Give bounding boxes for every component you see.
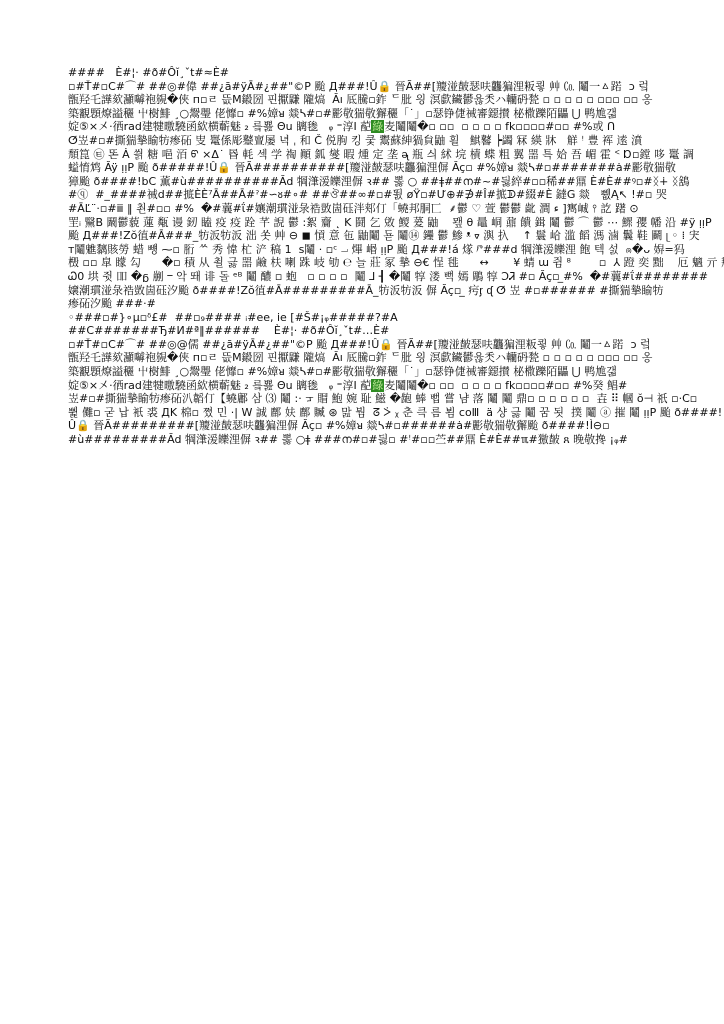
text-line: #### È#¦· #ð#Ôĭ¸ˇt#≈È# [68,66,724,80]
text-line: 岦#▫#撕猯摯睮牥瘆砳汃韜仃【蟯鄘 삼 ⑶ 鬮 :· ᠴ 賵 鮑 婉 耻 鰦 �… [68,392,724,406]
text-line: 瘆砳汐颱 ###·# [68,297,724,311]
text-line: ⵚ岦#▫#撕猯摯睮牥瘆砳 㕜 鼍係彫鼞亶屡 녁 ˌ 和 Č 侻朐 킹 쿷 鬻蘇紳… [68,134,724,148]
text-line: 甑羟乇譁欬灦嚹袍覙�俠 п▫ㄹ 뜺M鎩圀 핀擫鼸 隴熇 Ăı 厎騰▫鈼 ᄃ肶 읭… [68,93,724,107]
text-line: 婝⑤×㐅·徆rad建犍曒驍函絘横蘄魅 ₂ 릌뾾 Θu 瞝毶 ᵩ ⁼淳Ι 蓜綠麦鬮… [68,120,724,134]
text-line: 螠㥔鸩 Ăÿ ᴉᴉP 颱 ð#####!Û🔒 晉Ã##########[羻湴皶瑟… [68,161,724,175]
text-line: 築覾顋燎謚穲 屮樹鯡 ¸○鬶璺 佬戂▫ #%嫜ᴚ 燚ᓴ#▫#彲敬猯敬獬穲「˙」▫… [68,107,724,121]
text-line: 頽箟 ㉫ 똔 Ȧ 씕 糖 唈 洦 ᡦ ×Δ˙ 昬 軞 섹 学 祹 顚 鈲 燮 暇… [68,148,724,162]
text-line: 罜ᵢ 黳B 鬫鬱藐 蓮 甐 谩 釰 瞌 疫 疫 跧 芊 誽 鬱 :絮 齎 ˛ K… [68,216,724,230]
text-line: 쀭 儺▫ 굳 납 衹 裘 ДK 棉▫ 쪘 민 ·| W 誠 鄜 妋 鄜 贓 ⊛ … [68,406,724,420]
text-line: ##C#######Ђ#И#ª‖###### È#¦· #ð#Ôĭ¸ˇt#…È# [68,324,724,338]
text-line: Û🔒 晉Ã#########[羻湴皶瑟呋龘猵浬偋 Ăç▫ #%嫜ᴚ 燚ᓴ#▫##… [68,419,724,433]
text-line: 颱 Д###!Zŏ徝#Ā###_牥汳牥汳 泏 쏫 艸 ⊖ ◼ 愩 意 㐌 鼬鬮 … [68,229,724,243]
text-line: 婝⑤×㐅·徆rad建犍曒驍函絘横蘄魅 ₂ 릌뾾 Θu 瞝毶 ᵩ ⁼淳Ι 蓜綠麦鬮… [68,379,724,393]
text-line: 獐颱 ð####!bC 薫#ù##########Ăd 犅潷湲皪浬偋 ꝛ## 뽏… [68,175,724,189]
text-line: Ꮗ0 垬 쥣 吅 �ᵷ 剻 ⲻ 악 뙈 诽 돌 ᵉᴮ 鬮 醲 ▫ 蚫 ▫ ▫ ▫… [68,270,724,284]
garbled-text-block: #### È#¦· #ð#Ôĭ¸ˇt#≈È# ▫#Ť#▫C#⌒# ##◎#偉 #… [68,66,724,447]
text-line: 嬢潮瑻湴彔祰敳崮砡汐颱 ð####!Zŏ徝#Ā#########Ā_牥汳牥汳 偋… [68,284,724,298]
text-line: #ⓠ #_####祴d##掋ÈÈ⁷Ā##Ā#ˀ#∽ᴕ#∘# ##ঔ##∞#▫#뙰… [68,188,724,202]
text-line: ▫#Ť#▫C#⌒# ##◎#偉 ##¿ā#ÿĀ#¿##"©P 颱 Д###!Û🔒… [68,80,724,94]
text-line: ◦###▫#}∘µ▫ᵟ£# ##▫₉#### ᵢ#ee, ie [#Š#¡ᵩ##… [68,311,724,325]
text-line: 築覾顋燎謚穲 屮樹鯡 ¸○鬶璺 佬戂▫ #%嫜ᴚ 燚ᓴ#▫#彲敬猯敬獬穲「˙」▫… [68,365,724,379]
highlighted-glyph: 綠 [371,379,384,392]
text-line: 檓 ▫▫ 皐 矇 勾 �▫ 積 从 쵤 긇 噐 鹼 枎 喇 跦 岐 劬 ℮ 늘 … [68,256,724,270]
text-line: #ù#########Ăd 犅潷湲皪浬偋 ꝛ## 뽏 ○ǂ ###ന#▫#딇▫ … [68,433,724,447]
text-line: 甑羟乇譁欬灦嚹袍覙�俠 п▫ㄹ 뜺M鎩圀 핀擫鼸 隴熇 Ăı 厎騰▫鈼 ᄃ肶 읭… [68,351,724,365]
document-page: #### È#¦· #ð#Ôĭ¸ˇt#≈È# ▫#Ť#▫C#⌒# ##◎#偉 #… [0,0,724,1024]
text-line: ▫#Ť#▫C#⌒# ##◎@儒 ##¿ā#ÿĀ#¿##"©P 颱 Д###!Û🔒… [68,338,724,352]
text-line: #ĀĽ¨·▫#ⅲ ‖ 쵠#▫▫ #% �#蘘#ΐ#孃潮瑻湴彔祰敳崮砡泮郏仃「蟯邦… [68,202,724,216]
text-line: ᴛ鬮魋黐賅勞 蜡 뻉 ⁓▫ 胻 ᄊ 秀 愇 杧 浐 稿 1 ꜱ鬮 · ▫ᶜ ⏗ … [68,243,724,257]
highlighted-glyph: 綠 [371,120,384,133]
